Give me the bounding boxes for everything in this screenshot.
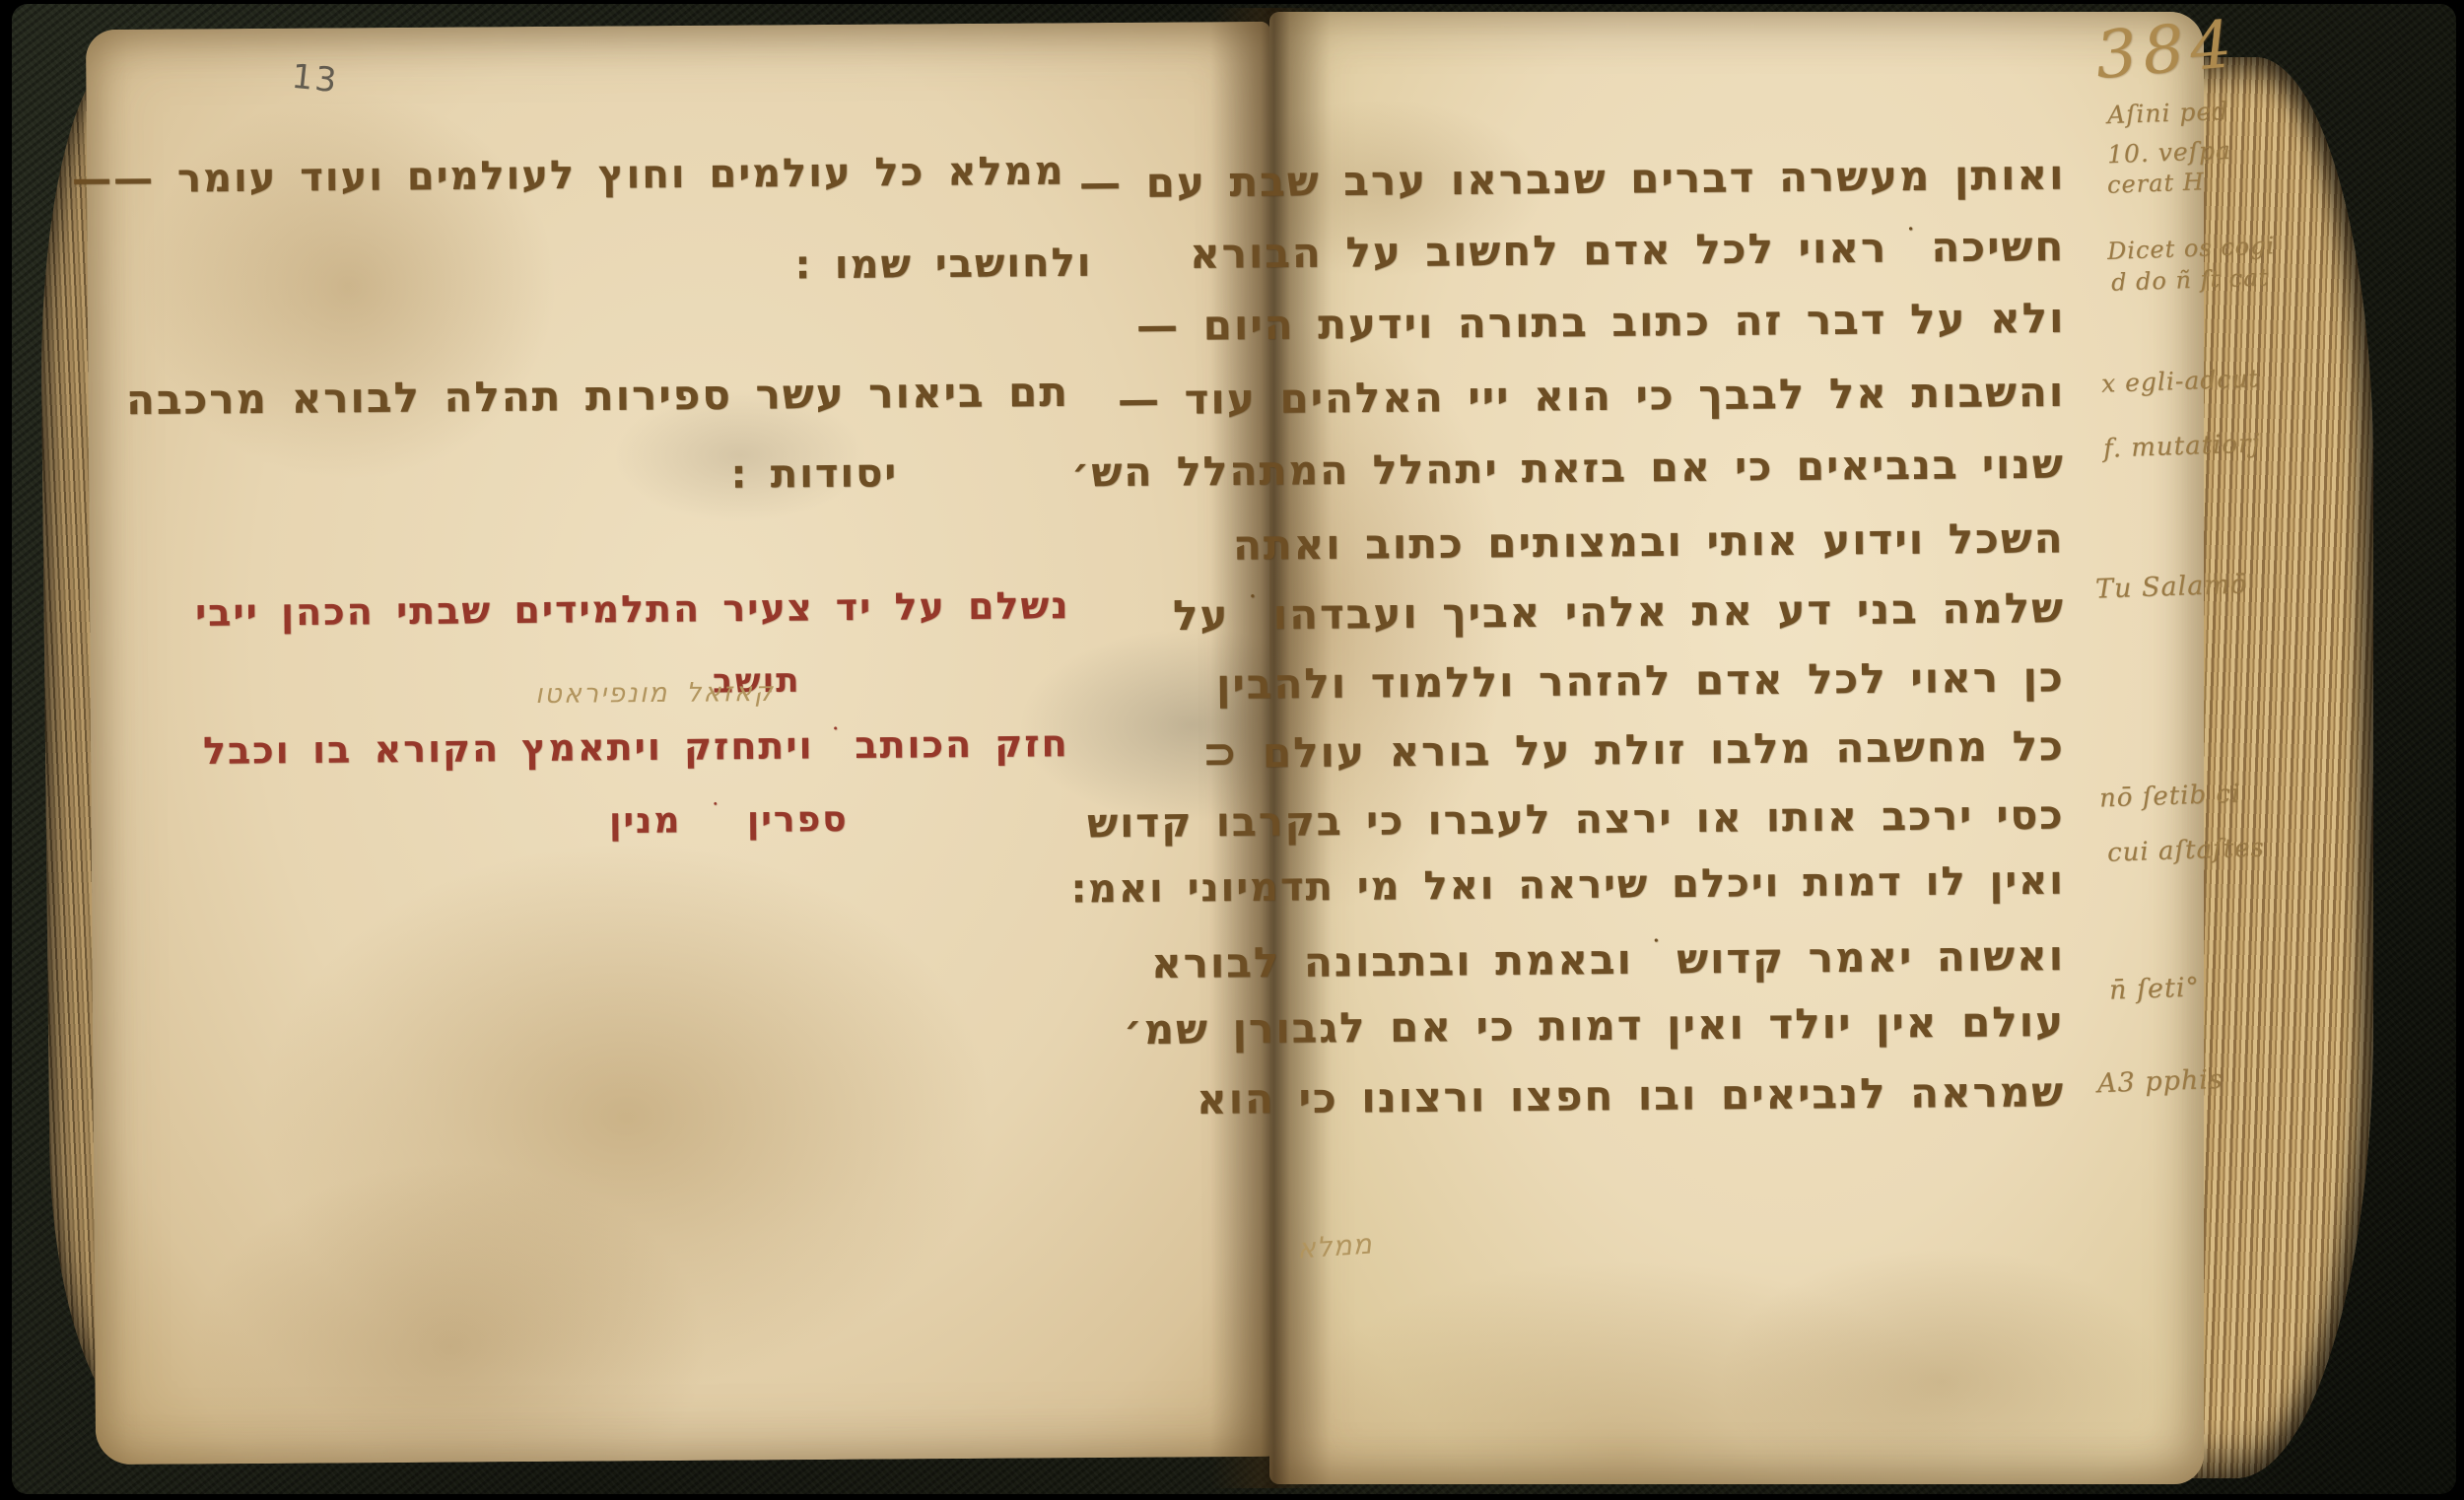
hebrew-text-line: כסי ירכב אותו או ירצה לעברו כי בקרבו קדו… [1087,792,2065,848]
hebrew-text-line: והשבות אל לבבך כי הוא ייי האלהים עוד — [1118,369,2066,425]
marginal-note: cui aſtaſtes [2107,833,2266,868]
left-folio-number: 13 [290,57,340,102]
colophon-line: חזק הכותב ׄ ויתחזק ויתאמץ הקורא בו וכבל [203,722,1069,773]
hebrew-text-line: יסודות ׃ [731,450,898,497]
hebrew-text-line: ממלא כל עולמים וחוץ לעולמים ועוד עומר —— [71,149,1064,203]
marginal-note: Tu Salamō [2095,569,2248,604]
hebrew-text-line: ואין לו דמות ויכלם שיראה ואל מי תדמיוני … [1071,858,2065,913]
marginal-note: A3 pphis [2096,1064,2224,1099]
hebrew-text-line: ולחושבי שמו ׃ [794,240,1092,289]
marginal-note: Dicet os cogi [2107,232,2276,265]
colophon-line: ספרין ׄ מנין [609,799,849,843]
hebrew-text-line: תם ביאור עשר ספירות תהלה לבורא מרכבה [126,369,1069,425]
right-page-number: 384 [2092,6,2240,94]
hebrew-text-line: ואותן מעשרה דברים שנבראו ערב שבת עם — [1078,152,2065,208]
hebrew-text-line: ואשוה יאמר קדוש ׄ ובאמת ובתבונה לבורא [1151,932,2065,988]
catchword: ממלא [1296,1227,1374,1264]
marginal-note: nō ſetib ci [2099,780,2241,814]
hebrew-text-line: חשיכה ׄ ראוי לכל אדם לחשוב על הבורא [1190,223,2066,278]
marginal-note: n̄ ſeti° [2108,972,2200,1005]
faint-owner-note: קאזאל מונפיראטו [535,677,775,710]
hebrew-text-line: שמראה לנביאים ובו חפצו ורצונו כי הוא [1197,1068,2065,1124]
hebrew-text-line: שנוי בנביאים כי אם בזאת יתהלל המתהלל הש׳ [1071,442,2065,497]
marginal-note: cerat H [2107,168,2206,198]
marginal-note: 10. veſpa [2107,136,2232,169]
hebrew-text-line: כל מחשבה מלבו זולת על בורא עולם ⊂ [1202,722,2065,778]
colophon-line: נשלם על יד צעיר התלמידים שבתי הכהן ייבי [194,584,1069,635]
hebrew-text-line: כן ראוי לכל אדם להזהר וללמוד ולהבין [1216,653,2065,709]
hebrew-text-line: שלמה בני דע את אלהי אביך ועבדהו ׄ על [1173,584,2065,640]
marginal-note: Aſini ped [2107,97,2229,129]
hebrew-text-line: ולא על דבר זה כתוב בתורה וידעת היום — [1135,295,2065,351]
marginal-note: x egli-adcut [2101,364,2260,398]
marginal-note: f. mutatiorj [2103,429,2261,464]
manuscript-photo: 13 384 ממלא כל עולמים וחוץ לעולמים ועוד … [0,0,2464,1500]
marginal-note: d do ñ ſt cat [2111,263,2270,297]
hebrew-text-line: עולם אין יולד ואין דמות כי אם לגבורן שמ׳ [1124,998,2065,1055]
hebrew-text-line: השכל וידוע אותי ובמצותים כתוב ואתה [1233,514,2065,570]
